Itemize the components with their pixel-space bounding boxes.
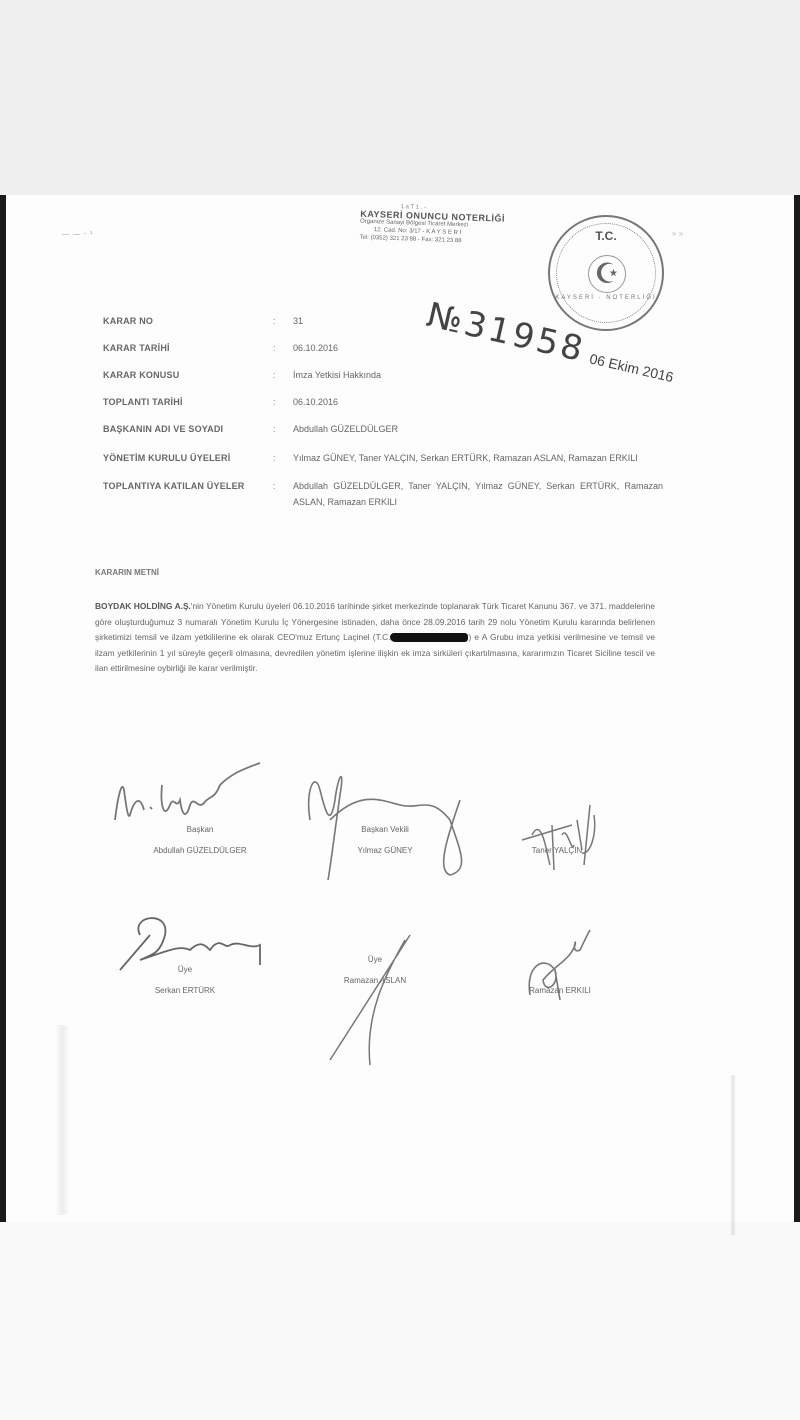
signature-block: Başkan Abdullah GÜZELDÜLGER xyxy=(110,825,290,855)
decision-text-heading: KARARIN METNİ xyxy=(95,568,159,577)
field-separator: : xyxy=(273,450,293,466)
scanned-document-page: — — ‑ ¹ » » 1 a T 1 . - KAYSERİ ONUNCU N… xyxy=(0,195,800,1222)
field-separator: : xyxy=(273,342,293,354)
field-label: TOPLANTIYA KATILAN ÜYELER xyxy=(103,478,273,510)
scan-edge-right xyxy=(794,195,800,1222)
field-value: Abdullah GÜZELDÜLGER, Taner YALÇIN, Yılm… xyxy=(293,478,663,510)
info-row: TOPLANTIYA KATILAN ÜYELER : Abdullah GÜZ… xyxy=(103,478,663,510)
info-row: TOPLANTI TARİHİ : 06.10.2016 xyxy=(103,396,663,408)
scan-shadow xyxy=(55,1025,69,1215)
scan-edge-left xyxy=(0,195,6,1222)
crescent-star-icon: ☪ xyxy=(588,255,626,293)
info-row: BAŞKANIN ADI VE SOYADI : Abdullah GÜZELD… xyxy=(103,423,663,435)
seal-bottom-text: KAYSERİ · NOTERLİĞİ xyxy=(550,295,662,301)
corner-mark-left: — — ‑ ¹ xyxy=(62,231,94,238)
field-separator: : xyxy=(273,396,293,408)
handwritten-signature xyxy=(300,760,500,900)
handwritten-signature xyxy=(515,925,615,1015)
official-seal: T.C. ☪ KAYSERİ · NOTERLİĞİ xyxy=(548,215,664,331)
decision-info-table: KARAR NO : 31 KARAR TARİHİ : 06.10.2016 … xyxy=(103,315,663,525)
background-bottom xyxy=(0,1222,800,1420)
corner-mark-right: » » xyxy=(672,229,683,238)
info-row: KARAR NO : 31 xyxy=(103,315,663,327)
signature-block: Başkan Vekili Yılmaz GÜNEY xyxy=(330,825,440,855)
info-row: KARAR KONUSU : İmza Yetkisi Hakkında xyxy=(103,369,663,381)
field-label: KARAR TARİHİ xyxy=(103,342,273,354)
notary-stamp: 1 a T 1 . - KAYSERİ ONUNCU NOTERLİĞİ Org… xyxy=(359,202,550,249)
info-row: YÖNETİM KURULU ÜYELERİ : Yılmaz GÜNEY, T… xyxy=(103,450,663,466)
field-value: 31 xyxy=(293,315,663,327)
field-label: KARAR KONUSU xyxy=(103,369,273,381)
field-separator: : xyxy=(273,478,293,510)
field-value: Yılmaz GÜNEY, Taner YALÇIN, Serkan ERTÜR… xyxy=(293,450,663,466)
field-value: 06.10.2016 xyxy=(293,342,663,354)
handwritten-signature xyxy=(110,905,290,995)
scan-shadow xyxy=(730,1075,736,1235)
field-separator: : xyxy=(273,369,293,381)
handwritten-signature xyxy=(512,795,612,885)
signature-block: Üye Ramazan ERKILI xyxy=(515,965,605,995)
field-value: İmza Yetkisi Hakkında xyxy=(293,369,663,381)
field-separator: : xyxy=(273,423,293,435)
redaction-mark xyxy=(390,633,468,642)
field-separator: : xyxy=(273,315,293,327)
signature-name: Abdullah GÜZELDÜLGER xyxy=(110,846,290,855)
decision-text: BOYDAK HOLDİNG A.Ş.'nin Yönetim Kurulu ü… xyxy=(95,599,655,677)
field-label: TOPLANTI TARİHİ xyxy=(103,396,273,408)
info-row: KARAR TARİHİ : 06.10.2016 xyxy=(103,342,663,354)
signature-block: Üye Serkan ERTÜRK xyxy=(120,965,250,995)
field-value: Abdullah GÜZELDÜLGER xyxy=(293,423,663,435)
field-label: KARAR NO xyxy=(103,315,273,327)
field-label: YÖNETİM KURULU ÜYELERİ xyxy=(103,450,273,466)
company-name: BOYDAK HOLDİNG A.Ş. xyxy=(95,601,191,611)
seal-top-text: T.C. xyxy=(550,229,662,243)
field-label: BAŞKANIN ADI VE SOYADI xyxy=(103,423,273,435)
field-value: 06.10.2016 xyxy=(293,396,663,408)
signature-block: Üye Ramazan ASLAN xyxy=(325,955,425,985)
handwritten-signature xyxy=(110,765,290,845)
signature-block: Üye Taner YALÇIN xyxy=(512,825,602,855)
handwritten-signature xyxy=(325,935,445,1085)
